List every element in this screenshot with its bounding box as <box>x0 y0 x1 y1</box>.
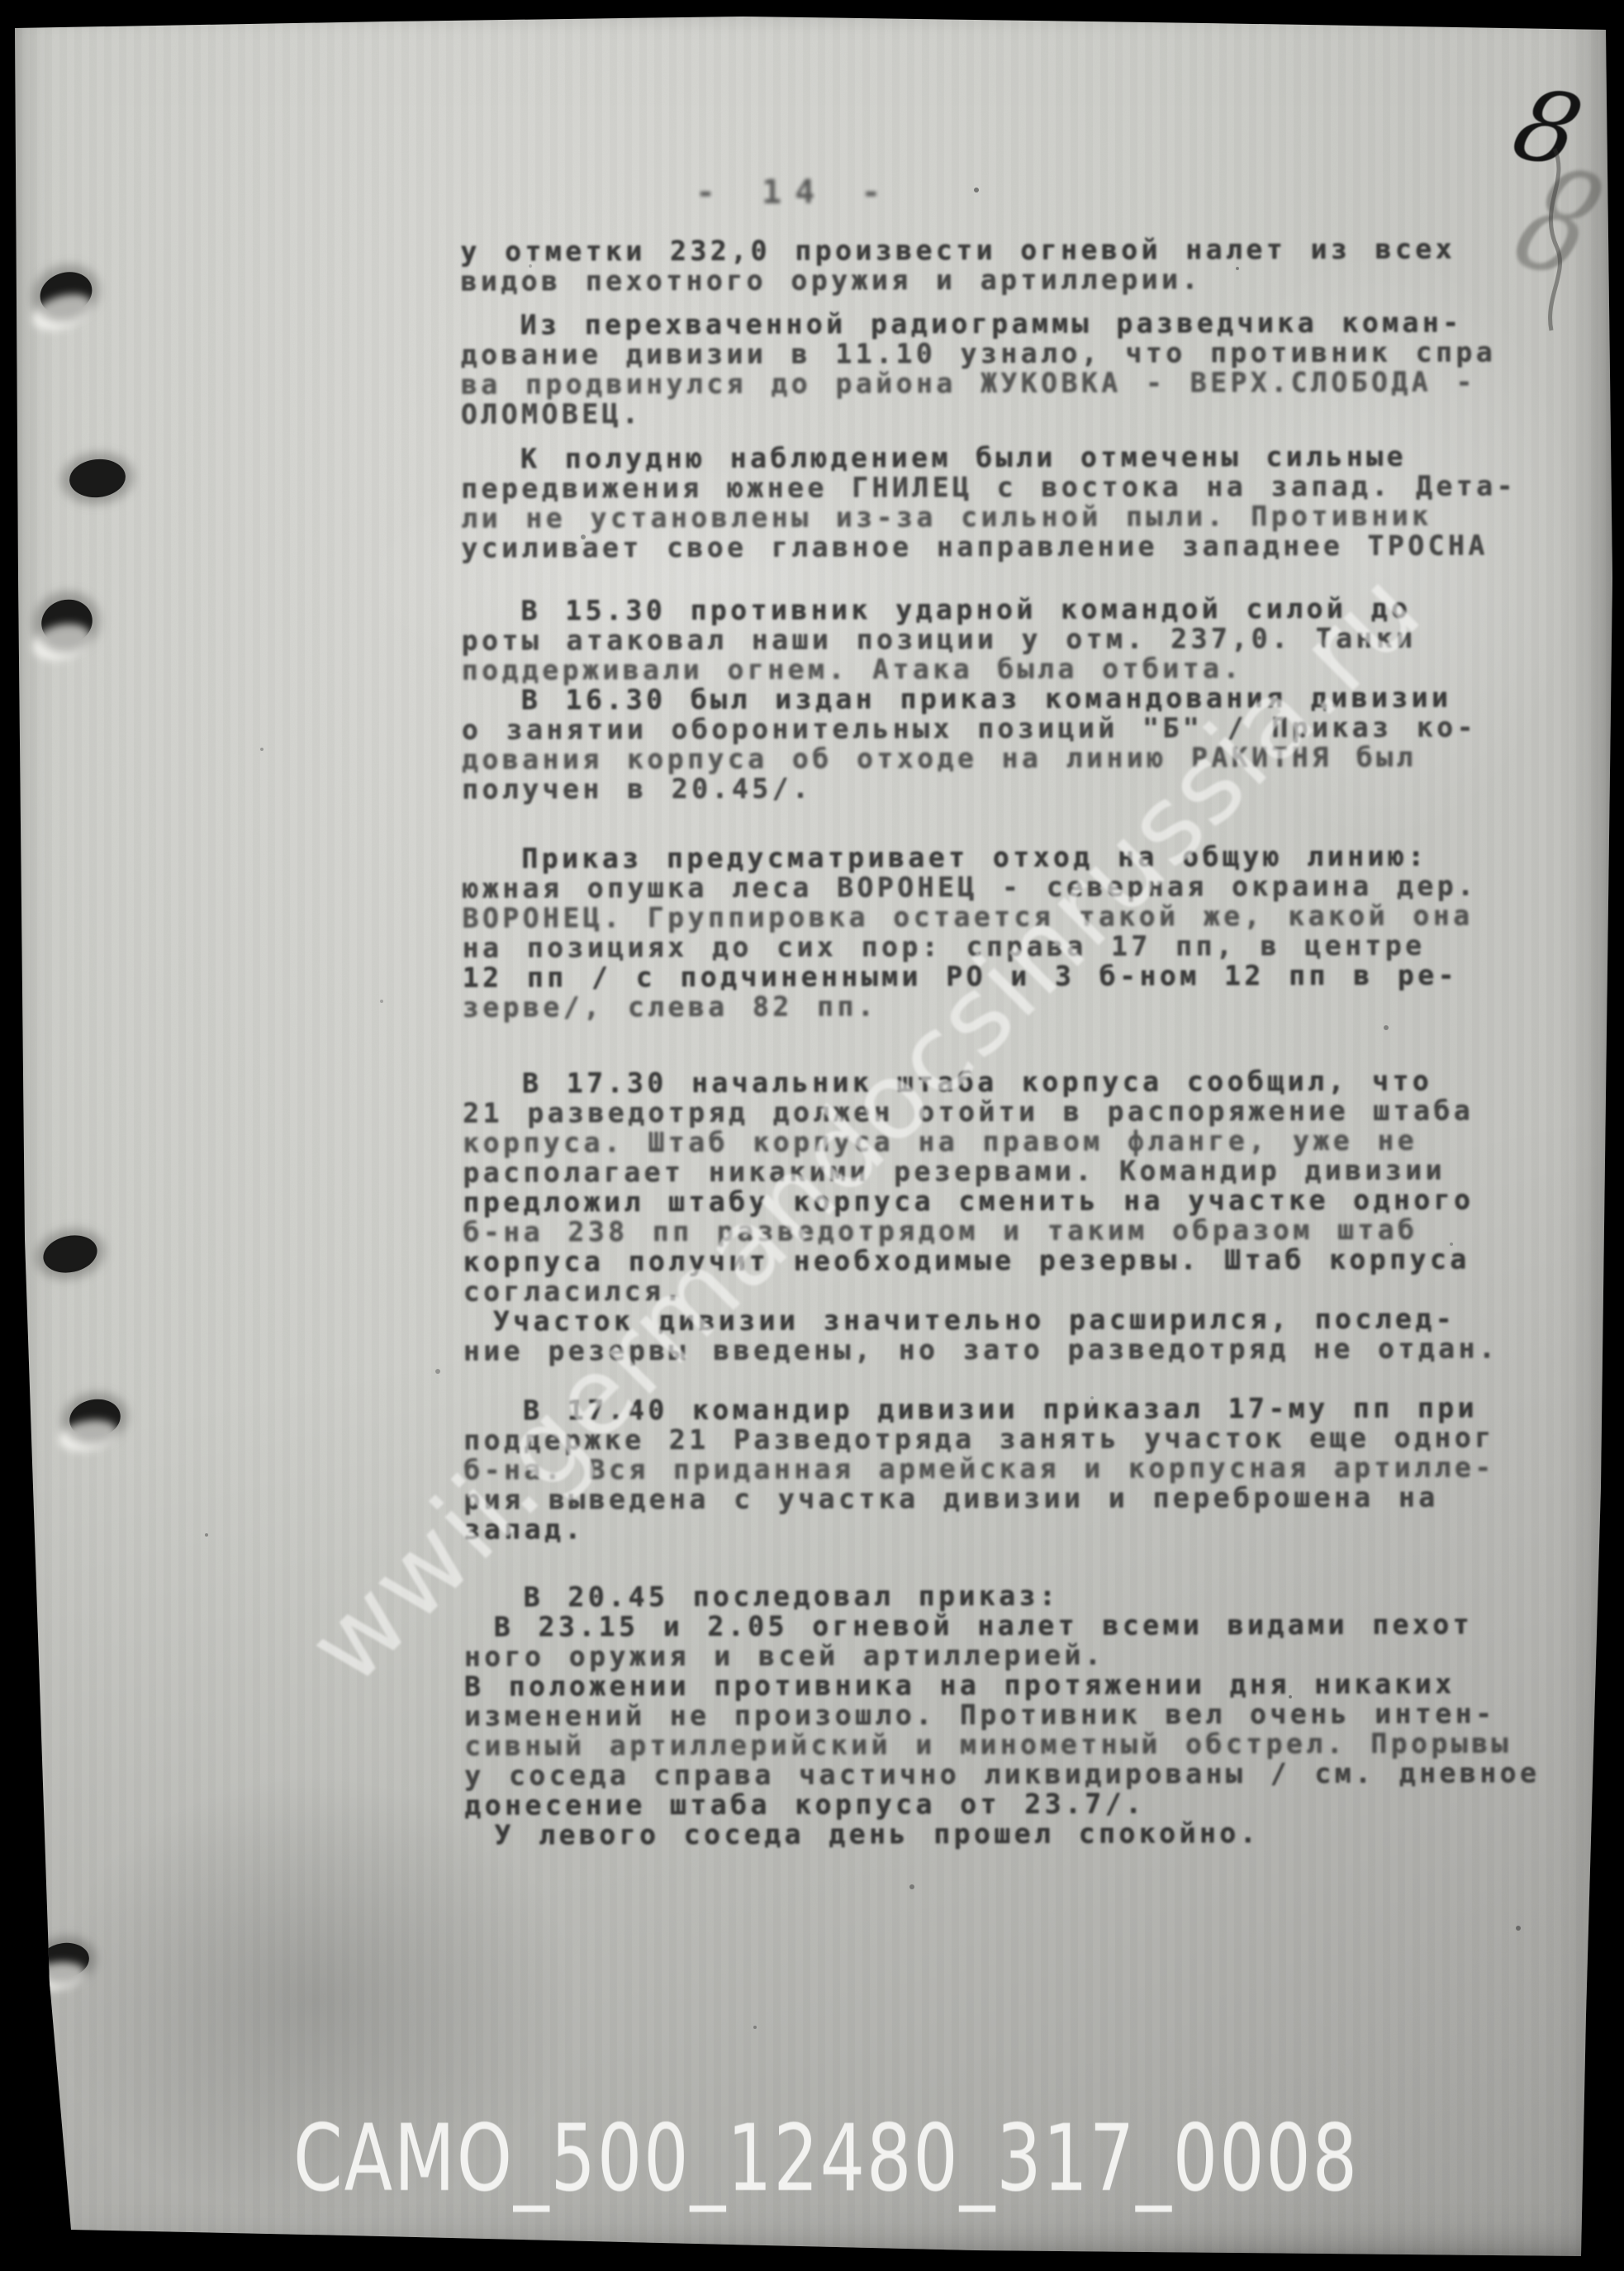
typed-line: передвижения южнее ГНИЛЕЦ с востока на з… <box>461 471 1535 503</box>
typed-line: южная опушка леса ВОРОНЕЦ - северная окр… <box>462 871 1536 903</box>
typed-line: ного оружия и всей артиллерией. <box>464 1639 1538 1671</box>
punch-hole <box>68 457 127 501</box>
paragraph: В 23.15 и 2.05 огневой налет всеми видам… <box>464 1609 1538 1671</box>
typed-line: располагает никакими резервами. Командир… <box>463 1155 1536 1187</box>
typed-line: б-на 238 пп разведотрядом и таким образо… <box>463 1214 1537 1247</box>
punch-hole <box>40 1231 101 1278</box>
typed-line: б-на. Вся приданная армейская и корпусна… <box>463 1452 1537 1485</box>
typed-line: К полудню наблюдением были отмечены силь… <box>461 441 1535 473</box>
typed-line: В 20.45 последовал приказ: <box>464 1580 1538 1612</box>
paper-sheet: - 14 - у отметки 232,0 произвести огнево… <box>0 0 1624 2271</box>
typed-line: Приказ предусматривает отход на общую ли… <box>462 841 1536 873</box>
paragraph: В 17.30 начальник штаба корпуса сообщил,… <box>463 1066 1537 1306</box>
typed-line: усиливает свое главное направление запад… <box>461 530 1535 563</box>
paper-specks <box>0 0 3 3</box>
typed-line: получен в 20.45/. <box>462 772 1536 804</box>
paragraph: К полудню наблюдением были отмечены силь… <box>461 441 1535 563</box>
typed-line: изменений не произошло. Противник вел оч… <box>464 1698 1538 1731</box>
punch-hole <box>36 594 97 649</box>
typed-line: у отметки 232,0 произвести огневой налет… <box>460 234 1534 266</box>
typed-line: В положении противника на протяжении дня… <box>464 1669 1538 1701</box>
paragraph: В 20.45 последовал приказ: <box>464 1580 1538 1612</box>
typed-line: сивный артиллерийский и минометный обстр… <box>464 1728 1538 1760</box>
typed-line: 21 разведотряд должен отойти в распоряже… <box>463 1095 1536 1128</box>
archive-code: САМО_500_12480_317_0008 <box>293 2105 1359 2212</box>
paragraph: Из перехваченной радиограммы разведчика … <box>461 307 1535 429</box>
typed-line: дования корпуса об отходе на линию РАКИТ… <box>462 742 1536 774</box>
typed-line: корпуса получит необходимые резервы. Шта… <box>463 1244 1537 1276</box>
typed-line: У левого соседа день прошел спокойно. <box>464 1817 1538 1850</box>
typed-line: рия выведена с участка дивизии и перебро… <box>463 1482 1537 1514</box>
typed-line: у соседа справа частично ликвидированы /… <box>464 1758 1538 1790</box>
page-number: - 14 - <box>696 173 895 211</box>
typed-line: донесение штаба корпуса от 23.7/. <box>464 1788 1538 1820</box>
typed-line: запад. <box>463 1512 1537 1544</box>
typed-line: корпуса. Штаб корпуса на правом фланге, … <box>463 1125 1536 1157</box>
punch-hole <box>37 1940 91 1981</box>
punch-hole <box>35 265 97 321</box>
typed-line: видов пехотного оружия и артиллерии. <box>461 264 1535 296</box>
typed-line: о занятии оборонительных позиций "Б" / П… <box>462 712 1536 744</box>
typed-line: дование дивизии в 11.10 узнало, что прот… <box>461 337 1535 369</box>
typed-line: предложил штабу корпуса сменить на участ… <box>463 1185 1536 1217</box>
paragraph: у отметки 232,0 произвести огневой налет… <box>460 234 1534 296</box>
typed-line: ва продвинулся до района ЖУКОВКА - ВЕРХ.… <box>461 367 1535 399</box>
typed-line: В 23.15 и 2.05 огневой налет всеми видам… <box>464 1609 1538 1641</box>
typed-line: Из перехваченной радиограммы разведчика … <box>461 307 1535 340</box>
paragraph: В положении противника на протяжении дня… <box>464 1669 1538 1820</box>
typed-line: ОЛОМОВЕЦ. <box>461 397 1535 429</box>
paragraph: У левого соседа день прошел спокойно. <box>464 1817 1538 1850</box>
punch-hole <box>66 1395 123 1442</box>
typed-line: ли не установлены из-за сильной пыли. Пр… <box>461 501 1535 533</box>
